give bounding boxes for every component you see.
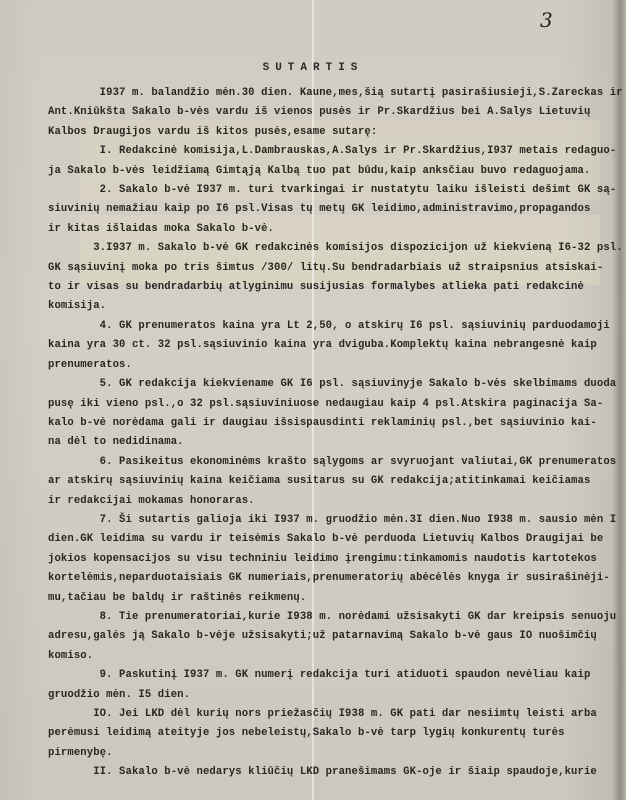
text-line: I937 m. balandžio mėn.30 dien. Kaune,mes… (48, 84, 593, 103)
text-line: gruodžio mėn. I5 dien. (48, 686, 593, 705)
paper-edge-shadow (612, 0, 626, 800)
text-line: to ir visas su bendradarbių atlyginimu s… (48, 278, 593, 297)
text-line: mu,tačiau be baldų ir raštinės reikmenų. (48, 589, 593, 608)
text-line: komisija. (48, 297, 593, 316)
text-line: pirmenybę. (48, 744, 593, 763)
text-line: ar atskirų sąsiuvinių kaina keičiama sus… (48, 472, 593, 491)
text-line: na dėl to nedidinama. (48, 433, 593, 452)
contract-clause: 7. Ši sutartis galioja iki I937 m. gruod… (48, 511, 593, 608)
text-line: komiso. (48, 647, 593, 666)
text-line: 9. Paskutinį I937 m. GK numerį redakcija… (48, 666, 593, 685)
document-title: SUTARTIS (0, 62, 626, 74)
text-line: GK sąsiuvinį moka po tris šimtus /300/ l… (48, 259, 593, 278)
contract-clause: I937 m. balandžio mėn.30 dien. Kaune,mes… (48, 84, 593, 142)
text-line: pusę iki vieno psl.,o 32 psl.sąsiuviniuo… (48, 395, 593, 414)
text-line: kortelėmis,neparduotaisiais GK numeriais… (48, 569, 593, 588)
text-line: kaina yra 30 ct. 32 psl.sąsiuvinio kaina… (48, 336, 593, 355)
text-line: ir redakcijai mokamas honoraras. (48, 492, 593, 511)
text-line: Kalbos Draugijos vardu iš kitos pusės,es… (48, 123, 593, 142)
contract-clause: 2. Sakalo b-vė I937 m. turi tvarkingai i… (48, 181, 593, 239)
text-line: adresu,galės ją Sakalo b-vėje užsisakyti… (48, 627, 593, 646)
contract-clause: 4. GK prenumeratos kaina yra Lt 2,50, o … (48, 317, 593, 375)
text-line: ja Sakalo b-vės leidžiamą Gimtąją Kalbą … (48, 162, 593, 181)
contract-clause: IO. Jei LKD dėl kurių nors priežasčių I9… (48, 705, 593, 763)
scanned-document-page: 3 SUTARTIS I937 m. balandžio mėn.30 dien… (0, 0, 626, 800)
text-line: 3.I937 m. Sakalo b-vė GK redakcinės komi… (48, 239, 593, 258)
contract-clause: 9. Paskutinį I937 m. GK numerį redakcija… (48, 666, 593, 705)
contract-clause: 6. Pasikeitus ekonominėms krašto sąlygom… (48, 453, 593, 511)
document-body: I937 m. balandžio mėn.30 dien. Kaune,mes… (48, 84, 593, 783)
text-line: 7. Ši sutartis galioja iki I937 m. gruod… (48, 511, 593, 530)
text-line: 5. GK redakcija kiekviename GK I6 psl. s… (48, 375, 593, 394)
contract-clause: I. Redakcinė komisija,L.Dambrauskas,A.Sa… (48, 142, 593, 181)
text-line: 6. Pasikeitus ekonominėms krašto sąlygom… (48, 453, 593, 472)
contract-clause: 8. Tie prenumeratoriai,kurie I938 m. nor… (48, 608, 593, 666)
text-line: dien.GK leidima su vardu ir teisėmis Sak… (48, 530, 593, 549)
contract-clause: 5. GK redakcija kiekviename GK I6 psl. s… (48, 375, 593, 453)
text-line: I. Redakcinė komisija,L.Dambrauskas,A.Sa… (48, 142, 593, 161)
text-line: Ant.Kniūkšta Sakalo b-vės vardu iš vieno… (48, 103, 593, 122)
contract-clause: 3.I937 m. Sakalo b-vė GK redakcinės komi… (48, 239, 593, 317)
text-line: siuvinių nemažiau kaip po I6 psl.Visas t… (48, 200, 593, 219)
text-line: IO. Jei LKD dėl kurių nors priežasčių I9… (48, 705, 593, 724)
text-line: perėmusi leidimą ateityje jos nebeleistų… (48, 724, 593, 743)
text-line: jokios kopensacijos su visu techniniu le… (48, 550, 593, 569)
text-line: kalo b-vė norėdama gali ir daugiau išsis… (48, 414, 593, 433)
text-line: 4. GK prenumeratos kaina yra Lt 2,50, o … (48, 317, 593, 336)
text-line: 8. Tie prenumeratoriai,kurie I938 m. nor… (48, 608, 593, 627)
text-line: ir kitas išlaidas moka Sakalo b-vė. (48, 220, 593, 239)
handwritten-page-number: 3 (540, 8, 553, 32)
text-line: prenumeratos. (48, 356, 593, 375)
text-line: 2. Sakalo b-vė I937 m. turi tvarkingai i… (48, 181, 593, 200)
text-line: II. Sakalo b-vė nedarys kliūčių LKD pran… (48, 763, 593, 782)
contract-clause: II. Sakalo b-vė nedarys kliūčių LKD pran… (48, 763, 593, 782)
